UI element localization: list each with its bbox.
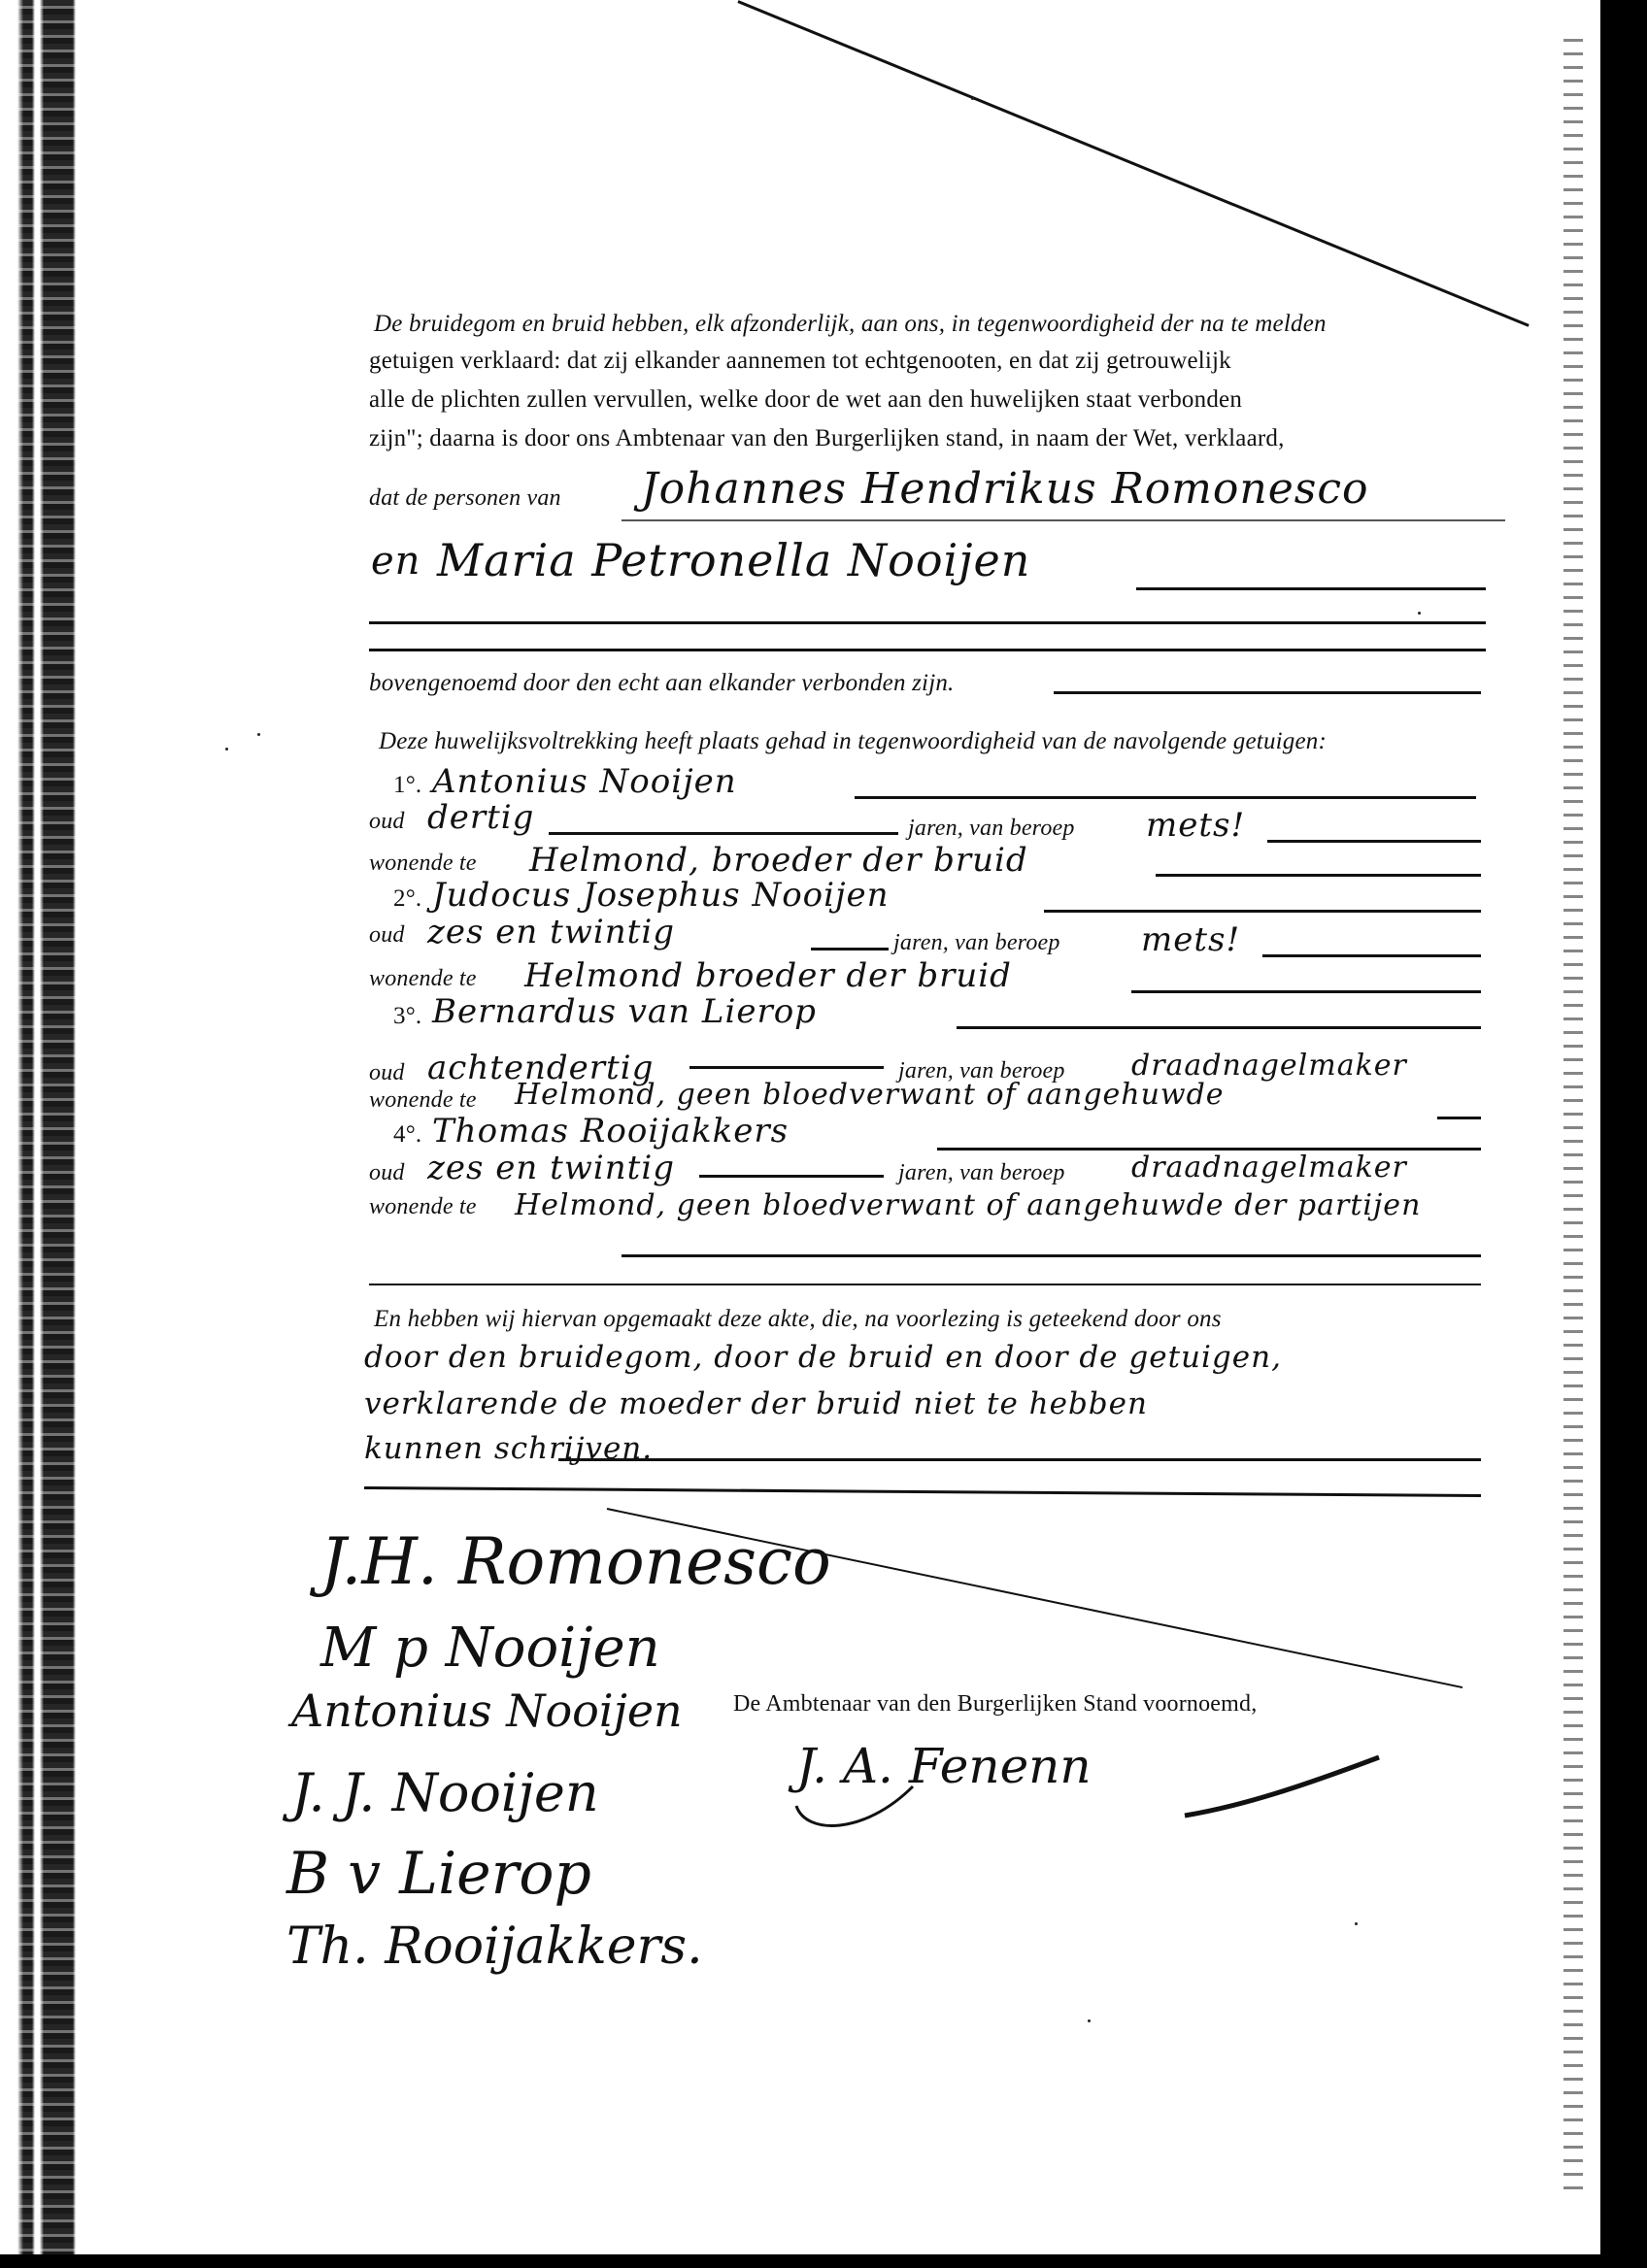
persons-prefix: dat de personen van <box>369 485 561 512</box>
signature-groom: J.H. Romonesco <box>320 1524 831 1599</box>
bride-name: Maria Petronella Nooijen <box>437 534 1030 586</box>
speck <box>257 733 260 736</box>
witness-3-wonende-label: wonende te <box>369 1087 477 1114</box>
witness-3-age-rule <box>689 1066 884 1069</box>
scan-border-bottom <box>0 2254 1647 2268</box>
speck <box>971 97 974 100</box>
closing-rule-1 <box>558 1458 1481 1461</box>
signature-witness-3: B v Lierop <box>286 1840 591 1908</box>
bride-prefix: en <box>371 539 420 584</box>
witness-1-wonende-label: wonende te <box>369 850 477 877</box>
witness-4-age-rule <box>699 1175 884 1178</box>
witness-1-occupation: mets! <box>1146 806 1245 845</box>
speck <box>225 748 228 750</box>
witness-1-number: 1°. <box>393 772 421 799</box>
signature-witness-1: Antonius Nooijen <box>291 1684 683 1737</box>
closing-hand-line-1: door den bruidegom, door de bruid en doo… <box>364 1340 1282 1375</box>
witness-3-residence: Helmond, geen bloedverwant of aangehuwde <box>515 1078 1225 1112</box>
witnesses-intro: Deze huwelijksvoltrekking heeft plaats g… <box>379 728 1327 755</box>
witness-4-age: zes en twintig <box>427 1149 675 1187</box>
witness-2-number: 2°. <box>393 885 421 913</box>
witness-4-oud-label: oud <box>369 1160 405 1186</box>
witness-1-residence-rule <box>1156 874 1481 877</box>
witness-1-name: Antonius Nooijen <box>432 762 737 801</box>
diagonal-strike-top <box>737 0 1529 327</box>
witness-4-number: 4°. <box>393 1121 421 1149</box>
signature-witness-2: J. J. Nooijen <box>291 1762 599 1823</box>
blank-rule-3 <box>369 1284 1481 1285</box>
witness-3-name-rule <box>957 1026 1481 1029</box>
witness-4-wonende-label: wonende te <box>369 1194 477 1220</box>
witness-3-number: 3°. <box>393 1003 421 1030</box>
binding-edge <box>17 0 76 2262</box>
signature-bride: M p Nooijen <box>320 1617 660 1680</box>
witness-4-residence-rule <box>622 1254 1481 1257</box>
official-caption: De Ambtenaar van den Burgerlijken Stand … <box>733 1691 1257 1718</box>
witness-2-residence: Helmond broeder der bruid <box>524 956 1012 995</box>
witness-1-age: dertig <box>427 798 534 837</box>
paragraph-line-3: alle de plichten zullen vervullen, welke… <box>369 386 1242 414</box>
witness-2-occupation-rule <box>1262 954 1481 957</box>
witness-2-age: zes en twintig <box>427 913 675 951</box>
paragraph-line-2-text: getuigen verklaard: dat zij elkander aan… <box>369 348 1231 374</box>
witness-4-jaren-label: jaren, van beroep <box>898 1160 1065 1186</box>
witness-1-occupation-rule <box>1267 840 1481 843</box>
speck <box>1355 1922 1358 1925</box>
witness-2-occupation: mets! <box>1141 920 1240 959</box>
witness-1-name-rule <box>855 796 1476 799</box>
closing-hand-line-2: verklarende de moeder der bruid niet te … <box>364 1386 1148 1421</box>
groom-name-rule <box>622 519 1505 521</box>
united-rule <box>1054 691 1481 694</box>
witness-3-oud-label: oud <box>369 1060 405 1086</box>
speck <box>1418 612 1421 615</box>
official-signature-flourish <box>777 1728 1398 1845</box>
speck <box>1088 2019 1091 2022</box>
witness-4-residence: Helmond, geen bloedverwant of aangehuwde… <box>515 1184 1486 1227</box>
paragraph-line-4: zijn"; daarna is door ons Ambtenaar van … <box>369 425 1285 452</box>
right-page-edge <box>1563 39 1583 2194</box>
witness-2-wonende-label: wonende te <box>369 966 477 992</box>
paragraph-line-2: getuigen verklaard: dat zij elkander aan… <box>369 348 1231 375</box>
signature-witness-4: Th. Rooijakkers. <box>286 1918 703 1976</box>
blank-rule-1 <box>369 621 1486 624</box>
witness-4-occupation: draadnagelmaker <box>1131 1151 1407 1184</box>
united-in-marriage-line: bovengenoemd door den echt aan elkander … <box>369 670 955 697</box>
witness-1-age-rule <box>549 832 898 835</box>
witness-2-name: Judocus Josephus Nooijen <box>432 876 890 915</box>
blank-rule-2 <box>369 649 1486 651</box>
witness-1-jaren-label: jaren, van beroep <box>908 816 1075 842</box>
witness-1-residence: Helmond, broeder der bruid <box>529 841 1028 880</box>
witness-3-residence-rule <box>1437 1117 1481 1119</box>
witness-2-residence-rule <box>1131 990 1481 993</box>
bride-name-rule <box>1136 587 1486 590</box>
witness-2-name-rule <box>1044 910 1481 913</box>
witness-2-age-rule <box>811 948 889 951</box>
witness-3-name: Bernardus van Lierop <box>432 992 817 1031</box>
groom-name: Johannes Hendrikus Romonesco <box>641 464 1369 514</box>
witness-4-name: Thomas Rooijakkers <box>432 1112 789 1151</box>
closing-printed: En hebben wij hiervan opgemaakt deze akt… <box>374 1306 1222 1333</box>
paragraph-line-1: De bruidegom en bruid hebben, elk afzond… <box>374 311 1327 338</box>
witness-2-jaren-label: jaren, van beroep <box>893 930 1060 956</box>
document-page: De bruidegom en bruid hebben, elk afzond… <box>0 0 1647 2268</box>
witness-2-oud-label: oud <box>369 922 405 949</box>
scan-border-right <box>1600 0 1647 2268</box>
witness-1-oud-label: oud <box>369 809 405 835</box>
closing-rule-2 <box>364 1486 1481 1497</box>
